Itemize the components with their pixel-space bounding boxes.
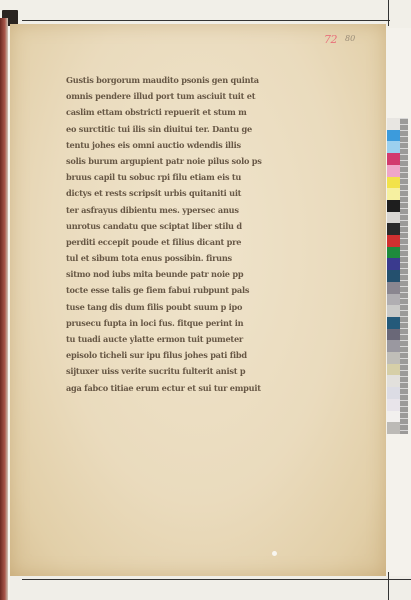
text-line: tocte esse talis ge fiem fabui rubpunt p… [66, 282, 286, 298]
color-calibration-chart [387, 118, 400, 434]
color-patch [387, 340, 400, 352]
frame-line-right-bottom [388, 572, 389, 600]
color-patch [387, 247, 400, 259]
text-line: prusecu fupta in loci fus. fitque perint… [66, 315, 286, 331]
text-line: aga fabco titiae erum ectur et sui tur e… [66, 380, 286, 396]
frame-line-bottom [22, 579, 411, 580]
frame-line-right-top [388, 0, 389, 26]
color-patch [387, 387, 400, 399]
color-patch [387, 235, 400, 247]
color-patch [387, 165, 400, 177]
text-line: ter asfrayus dibientu mes. ypersec anus [66, 202, 286, 218]
color-patch [387, 305, 400, 317]
color-patch [387, 200, 400, 212]
text-line: bruus capil tu sobuc rpi filu etiam eis … [66, 169, 286, 185]
color-patch [387, 177, 400, 189]
text-line: sitmo nod iubs mita beunde patr noie pp [66, 266, 286, 282]
color-patch [387, 364, 400, 376]
color-patch [387, 188, 400, 200]
folio-number-secondary: 80 [345, 34, 355, 43]
color-patch [387, 329, 400, 341]
text-line: omnis pendere illud port tum asciuit tui… [66, 88, 286, 104]
color-patch [387, 317, 400, 329]
color-patch [387, 118, 400, 130]
measurement-scale [400, 118, 408, 434]
text-line: eo surctitic tui ilis sin diuitui ter. D… [66, 121, 286, 137]
text-line: sijtuxer uiss verite sucritu fulterit an… [66, 363, 286, 379]
text-line: solis burum argupient patr noie pilus so… [66, 153, 286, 169]
text-line: tu tuadi aucte ylatte ermon tuit pumeter [66, 331, 286, 347]
binding-spine [0, 18, 8, 600]
text-line: tentu johes eis omni auctio wdendis illi… [66, 137, 286, 153]
frame-line-top [22, 20, 390, 21]
color-patch [387, 294, 400, 306]
text-line: Gustis borgorum maudito psonis gen quint… [66, 72, 286, 88]
color-patch [387, 399, 400, 411]
color-patch [387, 411, 400, 423]
text-line: caslim ettam obstricti repuerit et stum … [66, 104, 286, 120]
text-line: dictys et rests scripsit urbis quitaniti… [66, 185, 286, 201]
manuscript-text-block: Gustis borgorum maudito psonis gen quint… [66, 72, 286, 396]
color-patch [387, 153, 400, 165]
text-line: tuse tang dis dum filis poubt suum p ipo [66, 299, 286, 315]
color-patch [387, 130, 400, 142]
text-line: unrotus candatu que sciptat liber stilu … [66, 218, 286, 234]
color-patch [387, 375, 400, 387]
color-patch [387, 212, 400, 224]
color-patch [387, 258, 400, 270]
color-patch [387, 270, 400, 282]
scale-ticks [400, 118, 408, 434]
text-line: perditi eccepit poude et filius dicant p… [66, 234, 286, 250]
color-patch [387, 223, 400, 235]
folio-number: 72 [324, 33, 337, 46]
color-patch [387, 422, 400, 434]
color-patch [387, 282, 400, 294]
text-line: tul et sibum tota enus possibin. firuns [66, 250, 286, 266]
color-patch [387, 141, 400, 153]
text-line: episolo ticheli sur ipu filus johes pati… [66, 347, 286, 363]
page-hole [272, 551, 277, 556]
color-patch [387, 352, 400, 364]
